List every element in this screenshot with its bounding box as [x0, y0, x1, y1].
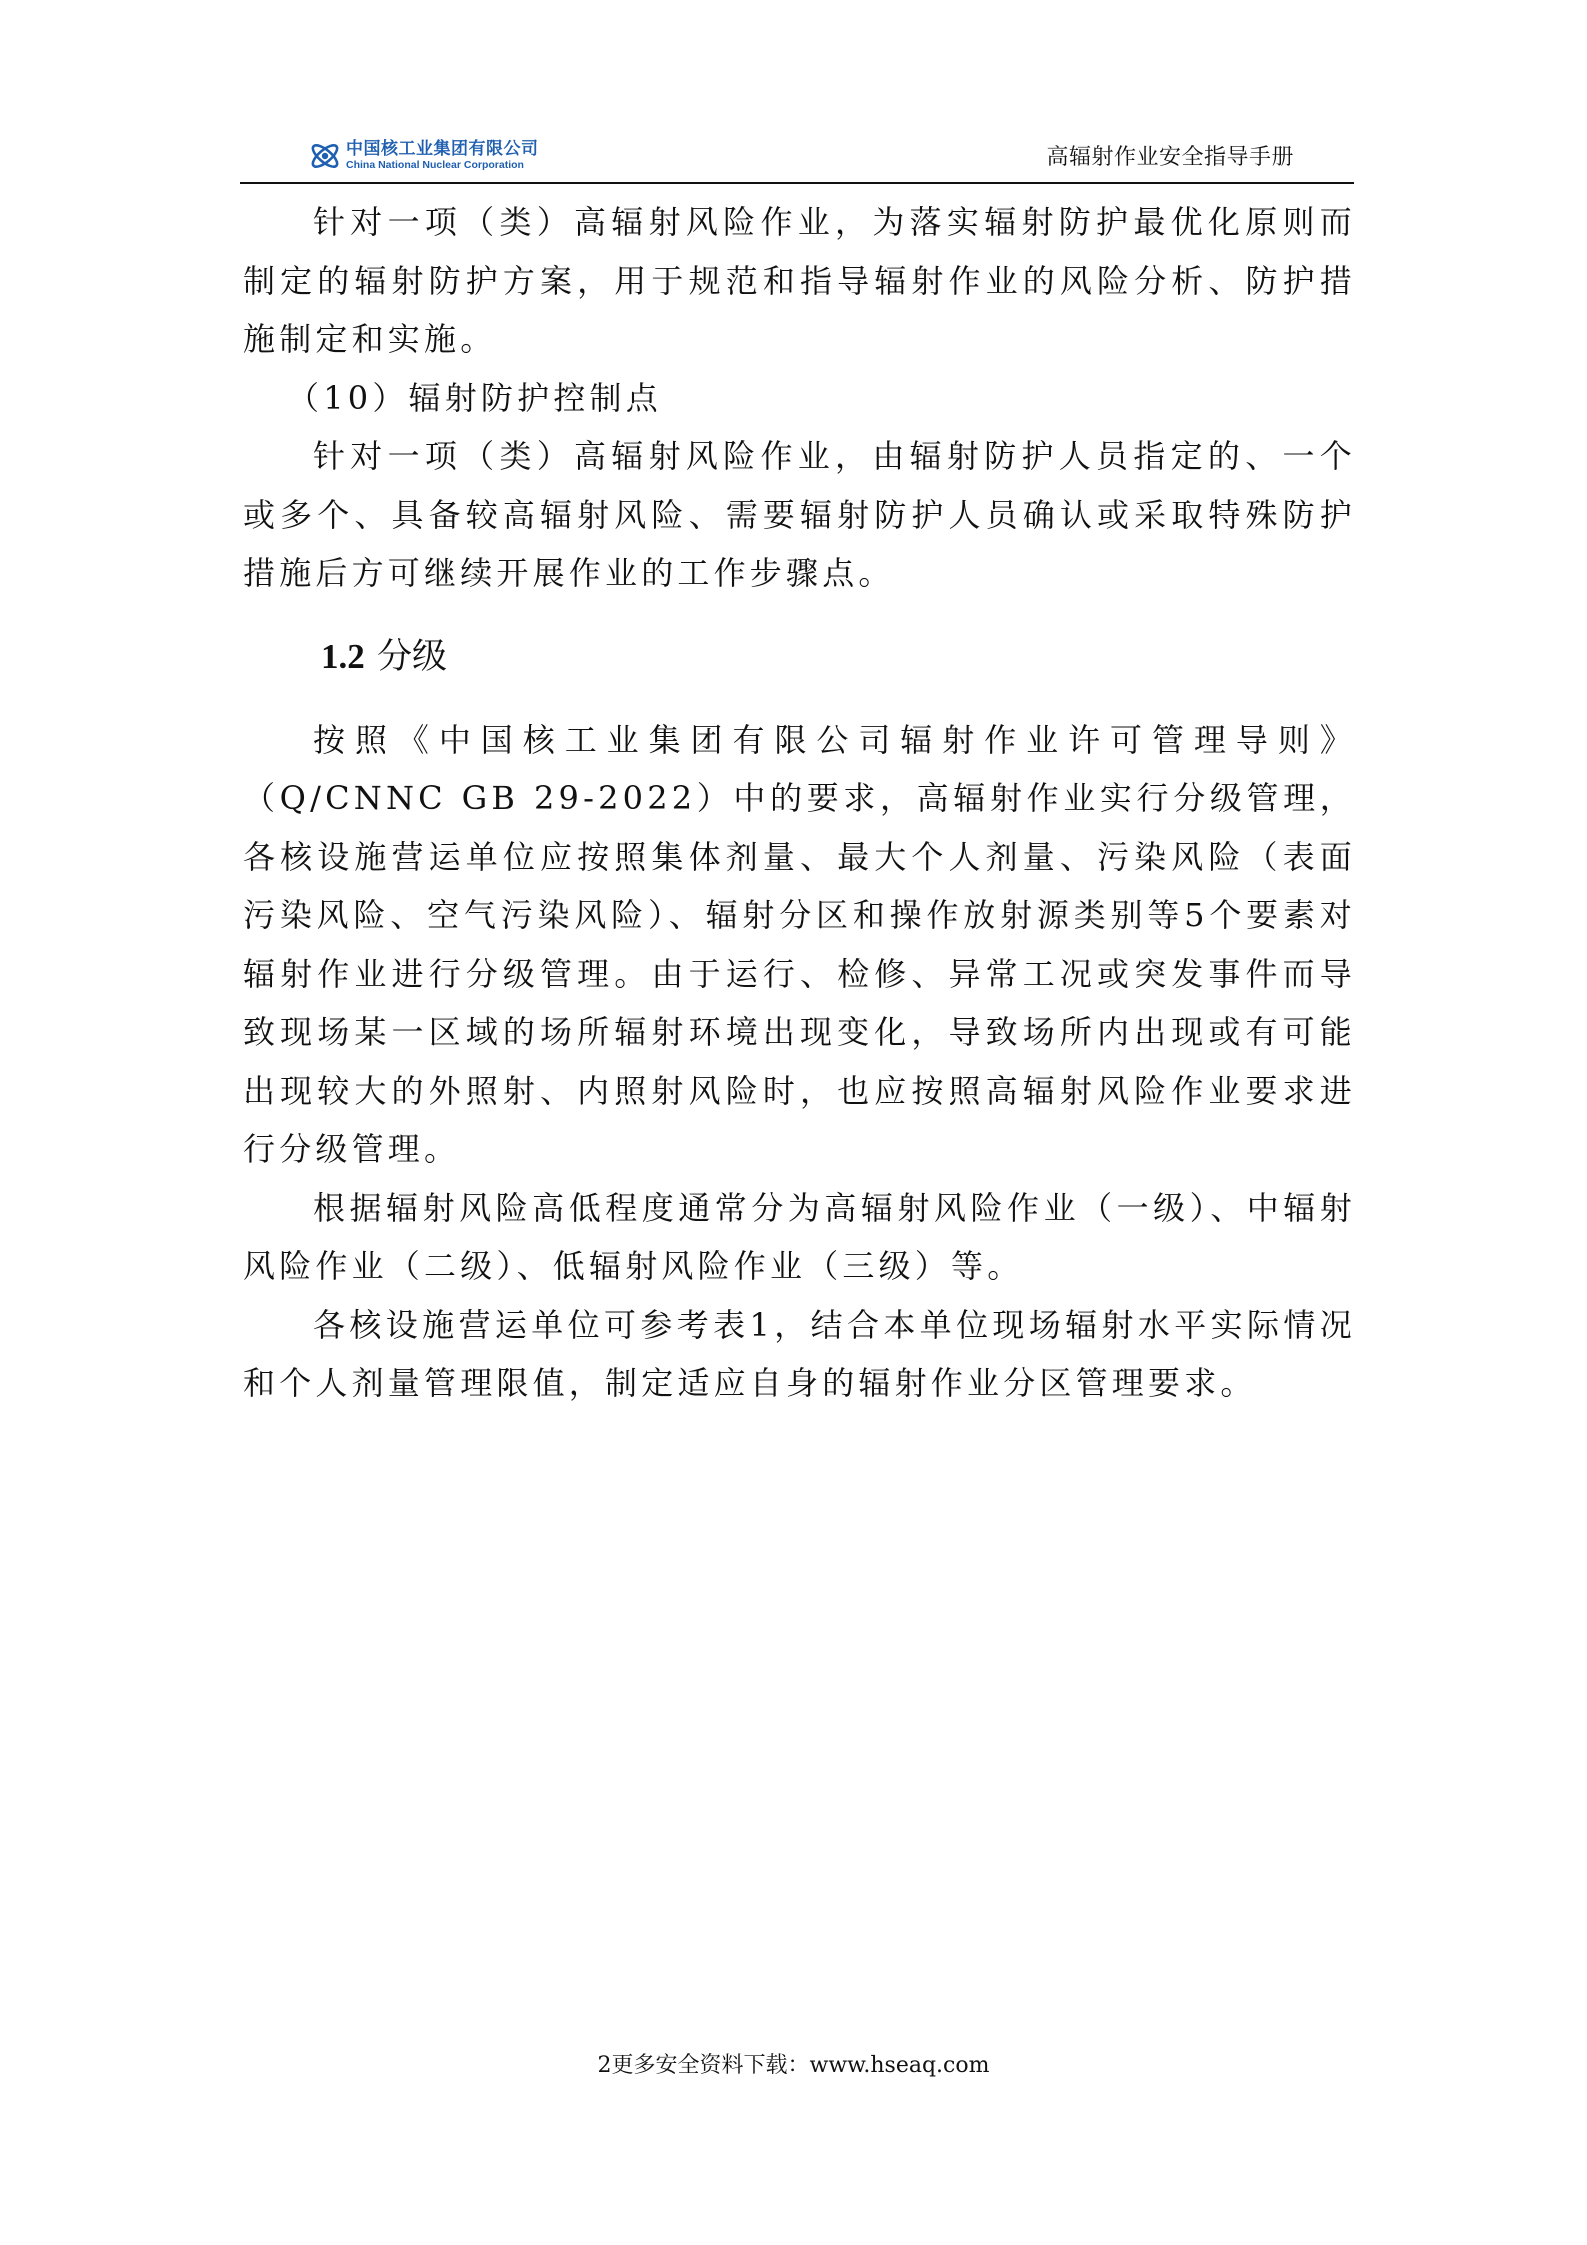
company-logo: 中国核工业集团有限公司 China National Nuclear Corpo…	[308, 134, 539, 178]
section-heading-1-2: 1.2 分级	[243, 603, 1356, 711]
footer-download-link[interactable]: 更多安全资料下载：www.hseaq.com	[612, 2053, 990, 2078]
paragraph-grading-requirements: 按照《中国核工业集团有限公司辐射作业许可管理导则》（Q/CNNC GB 29-2…	[243, 711, 1356, 1179]
section-number: 1.2	[321, 637, 365, 676]
header-divider	[240, 182, 1354, 184]
section-title: 分级	[377, 637, 447, 677]
page-footer: 2更多安全资料下载：www.hseaq.com	[0, 2048, 1587, 2079]
cnnc-atom-logo-icon	[308, 139, 342, 173]
logo-name-en: China National Nuclear Corporation	[346, 160, 539, 171]
page-header: 中国核工业集团有限公司 China National Nuclear Corpo…	[240, 130, 1354, 184]
logo-name-cn: 中国核工业集团有限公司	[346, 141, 539, 158]
item-10-heading: （10）辐射防护控制点	[243, 369, 1356, 428]
document-body: 针对一项（类）高辐射风险作业，为落实辐射防护最优化原则而制定的辐射防护方案，用于…	[243, 193, 1356, 1413]
page-number: 2	[598, 2053, 612, 2078]
paragraph-grading-reference: 各核设施营运单位可参考表1，结合本单位现场辐射水平实际情况和个人剂量管理限值，制…	[243, 1296, 1356, 1413]
paragraph-grading-levels: 根据辐射风险高低程度通常分为高辐射风险作业（一级）、中辐射风险作业（二级）、低辐…	[243, 1179, 1356, 1296]
logo-text: 中国核工业集团有限公司 China National Nuclear Corpo…	[346, 141, 539, 171]
document-title: 高辐射作业安全指导手册	[1046, 140, 1294, 171]
paragraph-control-point-definition: 针对一项（类）高辐射风险作业，由辐射防护人员指定的、一个或多个、具备较高辐射风险…	[243, 427, 1356, 603]
paragraph-protection-plan-definition: 针对一项（类）高辐射风险作业，为落实辐射防护最优化原则而制定的辐射防护方案，用于…	[243, 193, 1356, 369]
